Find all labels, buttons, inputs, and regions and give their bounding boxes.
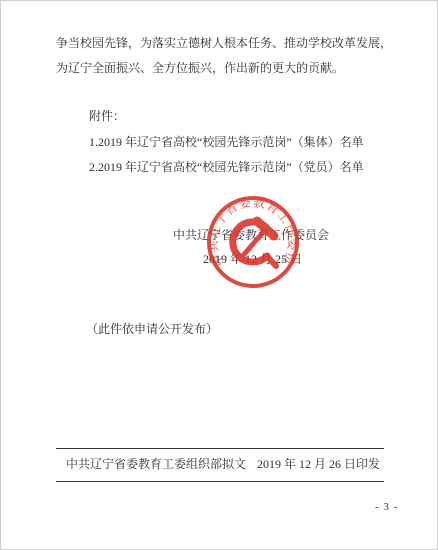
issuer-signature: 中共辽宁省委教育工作委员会 — [173, 228, 329, 242]
footer-rule-bottom — [56, 481, 384, 482]
footer-print-date: 2019 年 12 月 26 日印发 — [257, 457, 380, 471]
attachment-item-1: 1.2019 年辽宁省高校“校园先锋示范岗”（集体）名单 — [89, 135, 364, 149]
attachment-item-2: 2.2019 年辽宁省高校“校园先锋示范岗”（党员）名单 — [89, 160, 364, 174]
public-release-note: （此件依申请公开发布） — [86, 322, 218, 336]
official-seal: 中共辽宁省委教育工作委员会 — [183, 172, 323, 312]
body-line-1: 争当校园先锋，为落实立德树人根本任务、推动学校改革发展， — [56, 31, 401, 56]
attachments-label: 附件： — [89, 109, 125, 123]
page-number: - 3 - — [375, 501, 398, 513]
seal-ring — [209, 198, 297, 286]
body-paragraph: 争当校园先锋，为落实立德树人根本任务、推动学校改革发展， 为辽宁全面振兴、全方位… — [56, 31, 401, 81]
signature-date: 2019 年 12 月 25 日 — [203, 252, 302, 266]
footer-drafter: 中共辽宁省委教育工委组织部拟文 — [66, 457, 246, 471]
body-line-2: 为辽宁全面振兴、全方位振兴，作出新的更大的贡献。 — [56, 56, 401, 81]
document-page: 争当校园先锋，为落实立德树人根本任务、推动学校改革发展， 为辽宁全面振兴、全方位… — [0, 0, 438, 550]
footer-row: 中共辽宁省委教育工委组织部拟文 2019 年 12 月 26 日印发 — [56, 457, 384, 471]
footer-rule-top — [56, 448, 384, 449]
